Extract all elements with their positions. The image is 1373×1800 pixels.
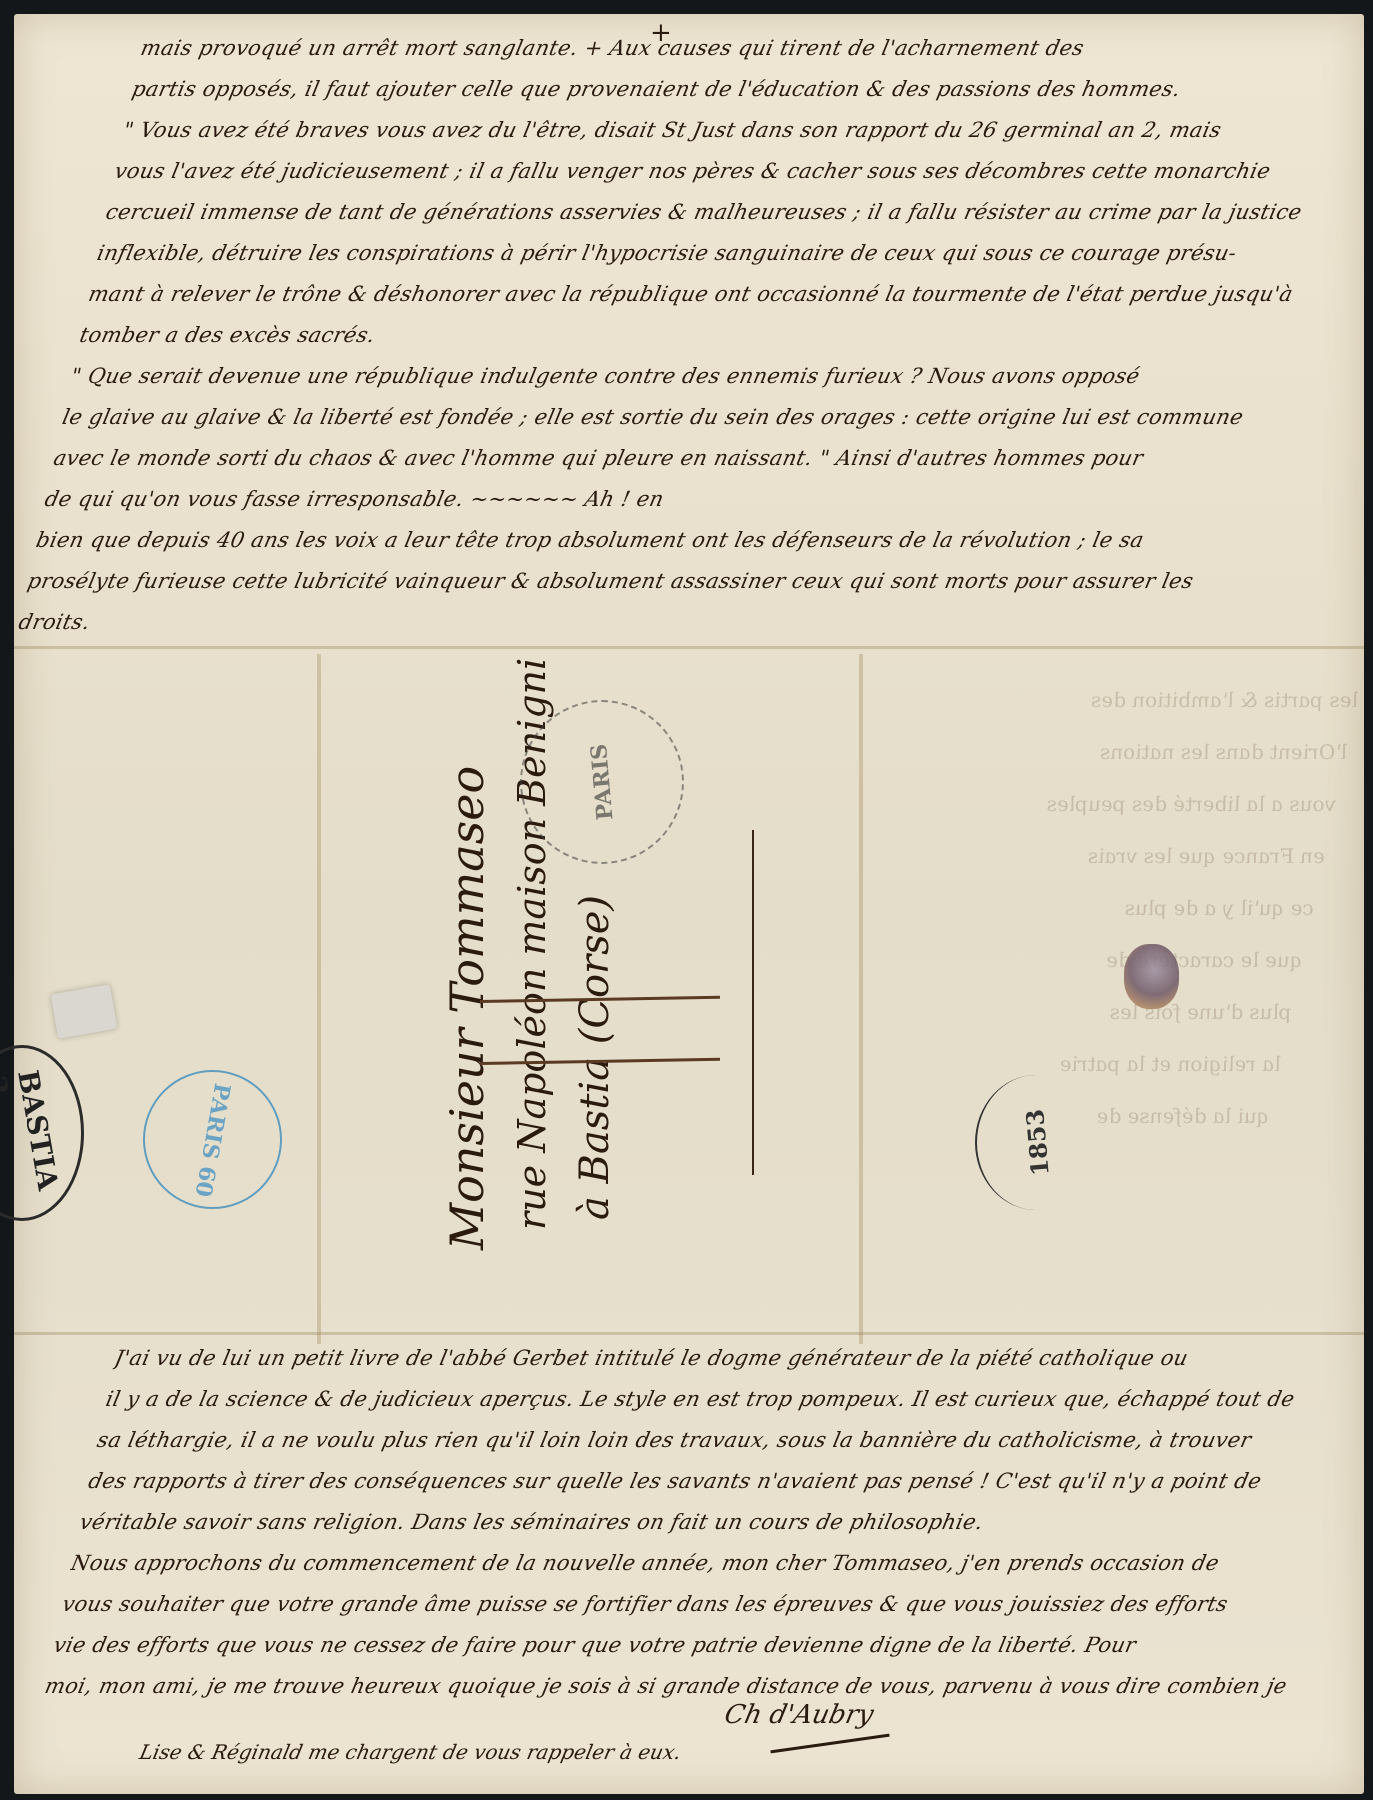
fold-line-lower [14, 1332, 1364, 1335]
text-line: prosélyte furieuse cette lubricité vainq… [23, 561, 1272, 602]
postmark-top: PARIS [520, 700, 684, 864]
bleed-line: que le caractère de [57, 934, 1308, 986]
postmark-text: BASTIA 3 [0, 1068, 65, 1199]
text-line: il y a de la science & de judicieux aper… [102, 1379, 1351, 1420]
postmark-text: PARIS 60 [190, 1081, 236, 1199]
signature: Ch d'Aubry [722, 1700, 876, 1730]
wax-seal-stain [1124, 944, 1179, 1009]
text-line: véritable savoir sans religion. Dans les… [76, 1502, 1325, 1543]
bleed-line: l'Orient dans les nations [102, 726, 1353, 778]
fold-line-upper [14, 646, 1364, 649]
text-line: Nous approchons du commencement de la no… [67, 1543, 1316, 1584]
text-line: inflexible, détruire les conspirations à… [93, 233, 1342, 274]
text-line: mant à relever le trône & déshonorer ave… [84, 274, 1333, 315]
postmark-paris: PARIS 60 [143, 1070, 282, 1209]
text-line: vous l'avez été judicieusement ; il a fa… [111, 151, 1360, 192]
address-line-recipient: Monsieur Tommaseo [440, 658, 494, 1250]
text-line: moi, mon ami, je me trouve heureux quoiq… [41, 1666, 1290, 1707]
bleed-line: les partis & l'ambition des [113, 674, 1364, 726]
text-line: avec le monde sorti du chaos & avec l'ho… [49, 438, 1298, 479]
text-line: droits. [15, 602, 1264, 643]
text-line: mais provoqué un arrêt mort sanglante. +… [137, 28, 1373, 69]
bleed-line: en France que les vrais [80, 830, 1331, 882]
text-line: partis opposés, il faut ajouter celle qu… [128, 69, 1373, 110]
postmark-date: 1853 [975, 1075, 1097, 1210]
text-line: " Vous avez été braves vous avez du l'êt… [119, 110, 1368, 151]
upper-text-block: mais provoqué un arrêt mort sanglante. +… [15, 28, 1373, 643]
postmark-text: 1853 [1020, 1108, 1055, 1177]
bleed-line: ce qu'il y a de plus [68, 882, 1319, 934]
text-line: de qui qu'on vous fasse irresponsable. ~… [41, 479, 1290, 520]
postmark-text: PARIS [586, 743, 619, 821]
bleed-line: vous a la liberté des peuples [91, 778, 1342, 830]
text-line: des rapports à tirer des conséquences su… [84, 1461, 1333, 1502]
text-line: sa léthargie, il a ne voulu plus rien qu… [93, 1420, 1342, 1461]
text-line: bien que depuis 40 ans les voix a leur t… [32, 520, 1281, 561]
text-line: tomber a des excès sacrés. [76, 315, 1325, 356]
text-line: vous souhaiter que votre grande âme puis… [58, 1584, 1307, 1625]
address-underline [752, 830, 754, 1175]
postscript: Lise & Réginald me chargent de vous rapp… [137, 1740, 683, 1764]
text-line: J'ai vu de lui un petit livre de l'abbé … [111, 1338, 1360, 1379]
text-line: vie des efforts que vous ne cessez de fa… [49, 1625, 1298, 1666]
text-line: cercueil immense de tant de générations … [102, 192, 1351, 233]
lower-text-block: J'ai vu de lui un petit livre de l'abbé … [41, 1338, 1359, 1707]
bleed-line: plus d'une fois les [46, 986, 1297, 1038]
text-line: " Que serait devenue une république indu… [67, 356, 1316, 397]
text-line: le glaive au glaive & la liberté est fon… [58, 397, 1307, 438]
